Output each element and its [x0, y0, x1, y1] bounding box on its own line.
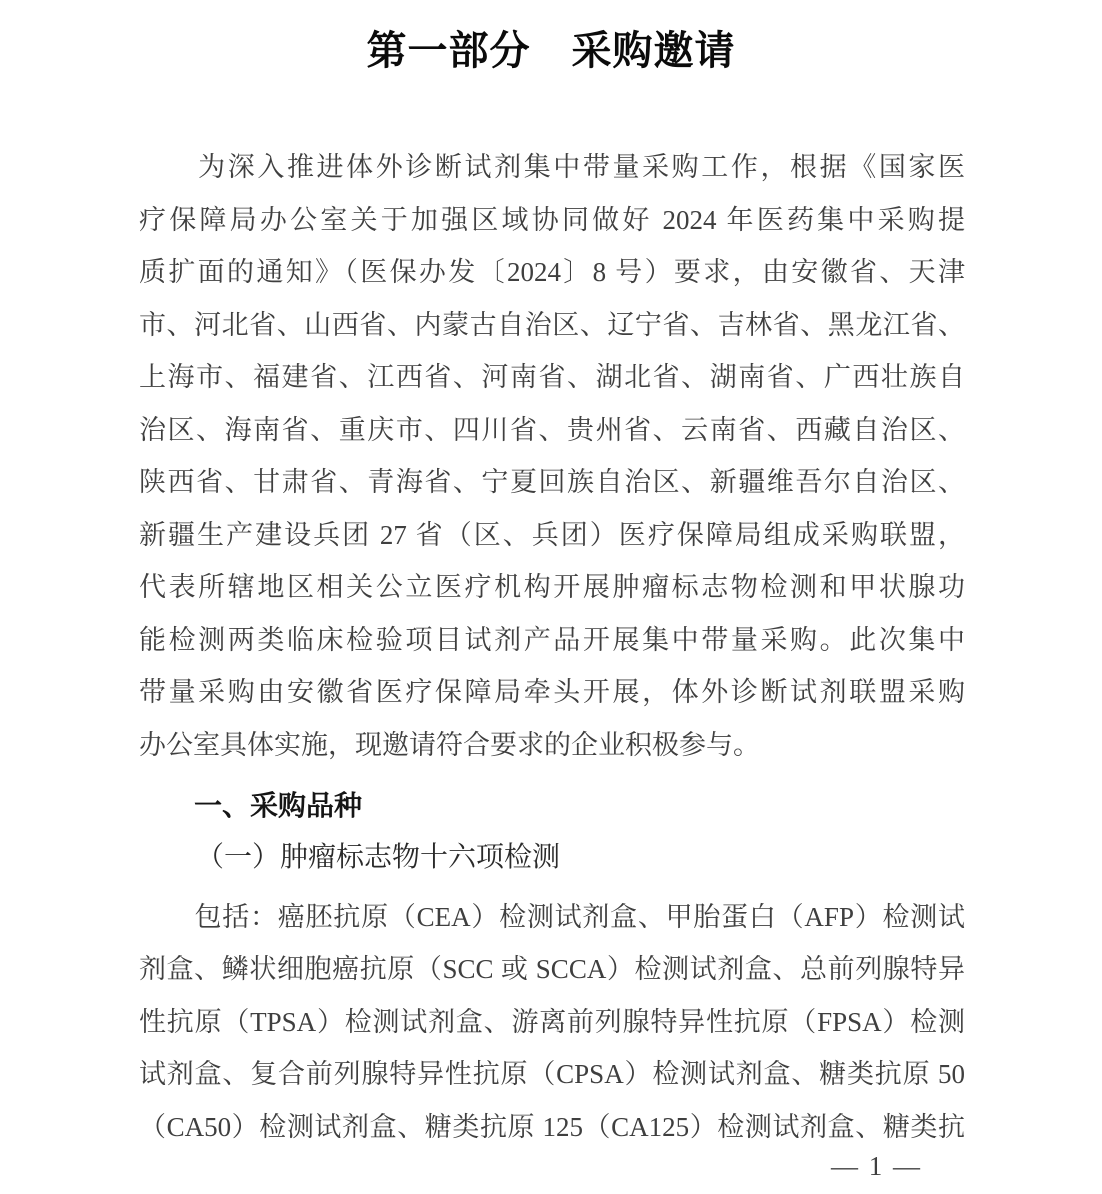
text-line: 为深入推进体外诊断试剂集中带量采购工作，根据《国家医 [139, 141, 965, 194]
paragraph-included-items: 包括：癌胚抗原（CEA）检测试剂盒、甲胎蛋白（AFP）检测试剂盒、鳞状细胞癌抗原… [139, 891, 965, 1154]
text-line: 试剂盒、复合前列腺特异性抗原（CPSA）检测试剂盒、糖类抗原 50 [139, 1048, 965, 1101]
document-body: 为深入推进体外诊断试剂集中带量采购工作，根据《国家医疗保障局办公室关于加强区域协… [139, 141, 965, 1153]
text-line: 质扩面的通知》（医保办发〔2024〕8 号）要求，由安徽省、天津 [139, 246, 965, 299]
text-line: 新疆生产建设兵团 27 省（区、兵团）医疗保障局组成采购联盟， [139, 509, 965, 562]
text-line: 治区、海南省、重庆市、四川省、贵州省、云南省、西藏自治区、 [139, 404, 965, 457]
text-line: 剂盒、鳞状细胞癌抗原（SCC 或 SCCA）检测试剂盒、总前列腺特异 [139, 943, 965, 996]
text-line: 上海市、福建省、江西省、河南省、湖北省、湖南省、广西壮族自 [139, 351, 965, 404]
text-line: （CA50）检测试剂盒、糖类抗原 125（CA125）检测试剂盒、糖类抗 [139, 1101, 965, 1154]
section-heading: 一、采购品种 [139, 780, 965, 833]
text-line: 办公室具体实施，现邀请符合要求的企业积极参与。 [139, 719, 965, 772]
subsection-heading: （一）肿瘤标志物十六项检测 [139, 832, 965, 885]
text-line: 带量采购由安徽省医疗保障局牵头开展，体外诊断试剂联盟采购 [139, 666, 965, 719]
page-title: 第一部分 采购邀请 [0, 0, 1102, 78]
text-line: 性抗原（TPSA）检测试剂盒、游离前列腺特异性抗原（FPSA）检测 [139, 996, 965, 1049]
text-line: 陕西省、甘肃省、青海省、宁夏回族自治区、新疆维吾尔自治区、 [139, 456, 965, 509]
text-line: 疗保障局办公室关于加强区域协同做好 2024 年医药集中采购提 [139, 194, 965, 247]
text-line: 市、河北省、山西省、内蒙古自治区、辽宁省、吉林省、黑龙江省、 [139, 299, 965, 352]
text-line: 包括：癌胚抗原（CEA）检测试剂盒、甲胎蛋白（AFP）检测试 [139, 891, 965, 944]
text-line: 代表所辖地区相关公立医疗机构开展肿瘤标志物检测和甲状腺功 [139, 561, 965, 614]
text-line: 能检测两类临床检验项目试剂产品开展集中带量采购。此次集中 [139, 614, 965, 667]
page-number: — 1 — [831, 1148, 922, 1184]
document-page: 第一部分 采购邀请 为深入推进体外诊断试剂集中带量采购工作，根据《国家医疗保障局… [0, 0, 1102, 1194]
paragraph-intro: 为深入推进体外诊断试剂集中带量采购工作，根据《国家医疗保障局办公室关于加强区域协… [139, 141, 965, 772]
